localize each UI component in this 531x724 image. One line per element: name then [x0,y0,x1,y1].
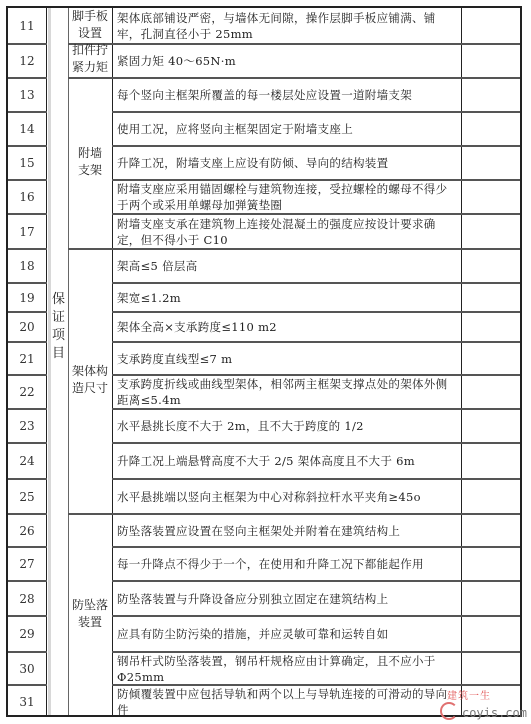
row-number: 29 [8,616,46,652]
row-number: 25 [8,479,46,514]
row-result-cell [462,214,520,249]
row-number: 15 [8,146,46,180]
row-result-cell [462,283,520,312]
row-result-cell [462,547,520,581]
row-content: 支承跨度折线或曲线型架体，相邻两主框架支撑点处的架体外侧距离≤5.4m [113,375,461,409]
row-result-cell [462,652,520,685]
group-label-text: 保证项目 [52,291,66,363]
row-content: 水平悬挑长度不大于 2m，且不大于跨度的 1/2 [113,409,461,443]
row-content: 架宽≤1.2m [113,283,461,312]
inspection-table: 11架体底部铺设严密，与墙体无间隙，操作层脚手板应铺满、铺牢，孔洞直径小于 25… [6,6,522,717]
row-content: 升降工况，附墙支座上应设有防倾、导向的结构装置 [113,146,461,180]
category-fall-arrest: 防坠落装置 [69,512,111,715]
row-result-cell [462,581,520,616]
row-number: 21 [8,342,46,375]
watermark: 建筑一生 coyis.com [440,702,527,720]
category-fastener-torque: 扣件拧紧力矩 [68,42,112,76]
row-result-cell [462,514,520,547]
row-content: 防坠落装置应设置在竖向主框架处并附着在建筑结构上 [113,514,461,547]
row-result-cell [462,44,520,78]
category-label: 防坠落装置 [71,597,109,631]
row-result-cell [462,375,520,409]
watermark-cn: 建筑一生 [447,687,491,702]
row-number: 26 [8,514,46,547]
row-number: 14 [8,112,46,146]
row-result-cell [462,180,520,214]
row-content: 防坠落装置与升降设备应分别独立固定在建筑结构上 [113,581,461,616]
category-label: 脚手板设置 [68,8,112,42]
row-number: 31 [8,685,46,719]
row-result-cell [462,312,520,342]
category-scaffold-board: 脚手板设置 [68,8,112,42]
row-result-cell [462,146,520,180]
row-content: 升降工况上端悬臂高度不大于 2/5 架体高度且不大于 6m [113,443,461,479]
row-content: 钢吊杆式防坠落装置，钢吊杆规格应由计算确定，且不应小于Φ25mm [113,652,461,685]
row-number: 13 [8,78,46,112]
category-label: 扣件拧紧力矩 [68,42,112,76]
row-result-cell [462,443,520,479]
row-result-cell [462,8,520,44]
watermark-logo-icon [440,702,458,720]
row-number: 12 [8,44,46,78]
row-number: 28 [8,581,46,616]
category-frame-dimensions: 架体构造尺寸 [69,247,111,512]
row-content: 架体全高×支承跨度≤110 m2 [113,312,461,342]
row-result-cell [462,479,520,514]
row-content: 附墙支座支承在建筑物上连接处混凝土的强度应按设计要求确定，但不得小于 C10 [113,214,461,249]
row-result-cell [462,409,520,443]
watermark-text: coyis.com [462,706,527,720]
row-result-cell [462,112,520,146]
row-result-cell [462,342,520,375]
row-content: 防倾覆装置中应包括导轨和两个以上与导轨连接的可滑动的导向件 [113,685,461,719]
row-number: 20 [8,312,46,342]
row-content: 架体底部铺设严密，与墙体无间隙，操作层脚手板应铺满、铺牢，孔洞直径小于 25mm [113,8,461,44]
row-number: 19 [8,283,46,312]
row-number: 16 [8,180,46,214]
row-number: 24 [8,443,46,479]
row-number: 17 [8,214,46,249]
row-result-cell [462,616,520,652]
row-result-cell [462,249,520,283]
row-result-cell [462,78,520,112]
category-wall-bracket: 附墙支架 [69,76,111,247]
category-label: 附墙支架 [77,145,103,179]
category-label: 架体构造尺寸 [71,363,109,397]
row-number: 30 [8,652,46,685]
col-divider [46,8,47,715]
row-content: 水平悬挑端以竖向主框架为中心对称斜拉杆水平夹角≥45o [113,479,461,514]
row-content: 每个竖向主框架所覆盖的每一楼层处应设置一道附墙支架 [113,78,461,112]
row-number: 27 [8,547,46,581]
row-content: 应具有防尘防污染的措施，并应灵敏可靠和运转自如 [113,616,461,652]
row-content: 附墙支座应采用锚固螺栓与建筑物连接，受拉螺栓的螺母不得少于两个或采用单螺母加弹簧… [113,180,461,214]
group-label: 保证项目 [49,247,68,407]
row-content: 每一升降点不得少于一个，在使用和升降工况下都能起作用 [113,547,461,581]
row-content: 架高≤5 倍层高 [113,249,461,283]
row-number: 22 [8,375,46,409]
row-content: 使用工况，应将竖向主框架固定于附墙支座上 [113,112,461,146]
row-number: 23 [8,409,46,443]
row-number: 11 [8,8,46,44]
row-content: 紧固力矩 40～65N·m [113,44,461,78]
row-content: 支承跨度直线型≤7 m [113,342,461,375]
row-number: 18 [8,249,46,283]
